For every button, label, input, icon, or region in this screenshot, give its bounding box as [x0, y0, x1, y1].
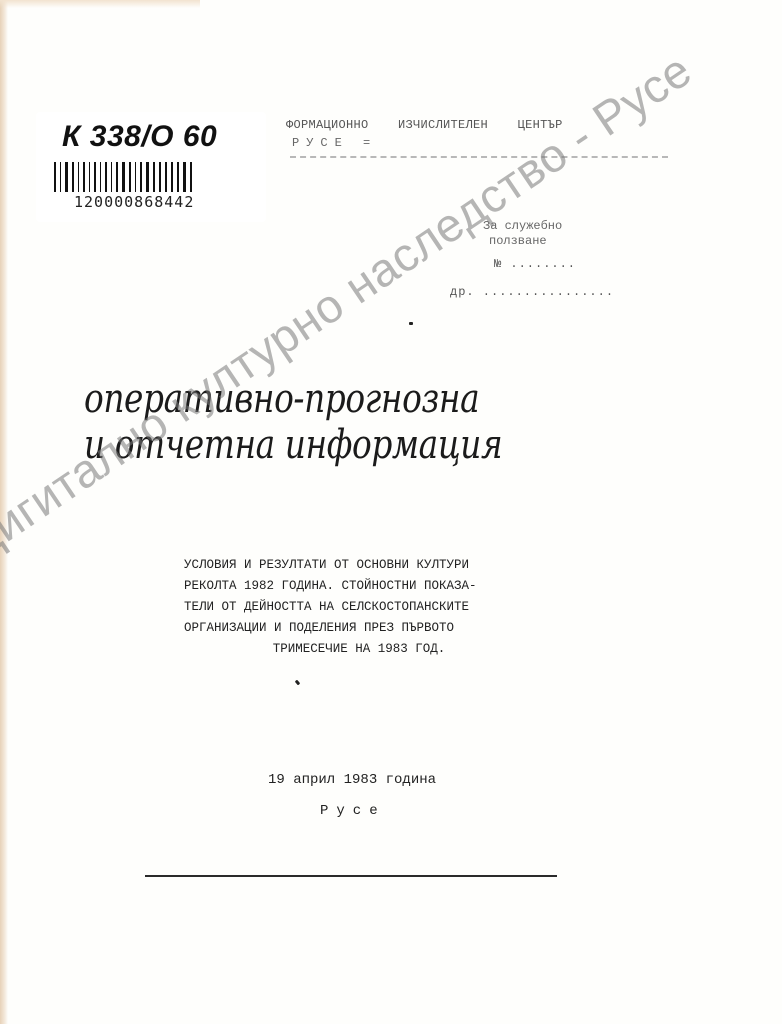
barcode-number: 120000868442: [74, 193, 194, 211]
document-number-field: № ........: [494, 257, 576, 271]
ink-speck: [409, 322, 413, 325]
organization-city: РУСЕ =: [292, 136, 377, 150]
org-word-3: ЦЕНТЪР: [518, 118, 563, 132]
restriction-line-1: За служебно: [483, 219, 562, 234]
document-subtitle: УСЛОВИЯ И РЕЗУЛТАТИ ОТ ОСНОВНИ КУЛТУРИ Р…: [184, 555, 544, 660]
restriction-notice: За служебно ползване: [483, 219, 562, 249]
ink-speck: [295, 680, 301, 686]
subtitle-line: ОРГАНИЗАЦИИ И ПОДЕЛЕНИЯ ПРЕЗ ПЪРВОТО: [184, 618, 544, 639]
barcode-icon: [52, 162, 238, 192]
publication-date: 19 април 1983 година: [268, 772, 436, 788]
subtitle-line: РЕКОЛТА 1982 ГОДИНА. СТОЙНОСТНИ ПОКАЗА-: [184, 576, 544, 597]
scanned-document-page: К 338/О 60 120000868442 ФОРМАЦИОННО ИЗЧИ…: [0, 0, 782, 1024]
title-line-1: оперативно-прогнозна: [84, 376, 502, 422]
bottom-divider: [145, 875, 557, 877]
subtitle-line: УСЛОВИЯ И РЕЗУЛТАТИ ОТ ОСНОВНИ КУЛТУРИ: [184, 555, 544, 576]
title-line-2: и отчетна информация: [84, 422, 502, 468]
organization-header: ФОРМАЦИОННО ИЗЧИСЛИТЕЛЕН ЦЕНТЪР: [286, 118, 585, 132]
subtitle-line: ТЕЛИ ОТ ДЕЙНОСТТА НА СЕЛСКОСТОПАНСКИТЕ: [184, 597, 544, 618]
restriction-line-2: ползване: [483, 234, 562, 249]
org-word-1: ФОРМАЦИОННО: [286, 118, 369, 132]
org-word-2: ИЗЧИСЛИТЕЛЕН: [398, 118, 488, 132]
paper-edge-left: [0, 0, 8, 1024]
shelf-mark: К 338/О 60: [62, 120, 217, 154]
subtitle-line: ТРИМЕСЕЧИЕ НА 1983 ГОД.: [184, 639, 534, 660]
publication-place: Русе: [320, 803, 386, 819]
copies-field: др. ................: [450, 285, 614, 299]
document-title: оперативно-прогнозна и отчетна информаци…: [84, 376, 502, 468]
paper-edge-top: [0, 0, 200, 8]
header-divider: [290, 156, 668, 158]
